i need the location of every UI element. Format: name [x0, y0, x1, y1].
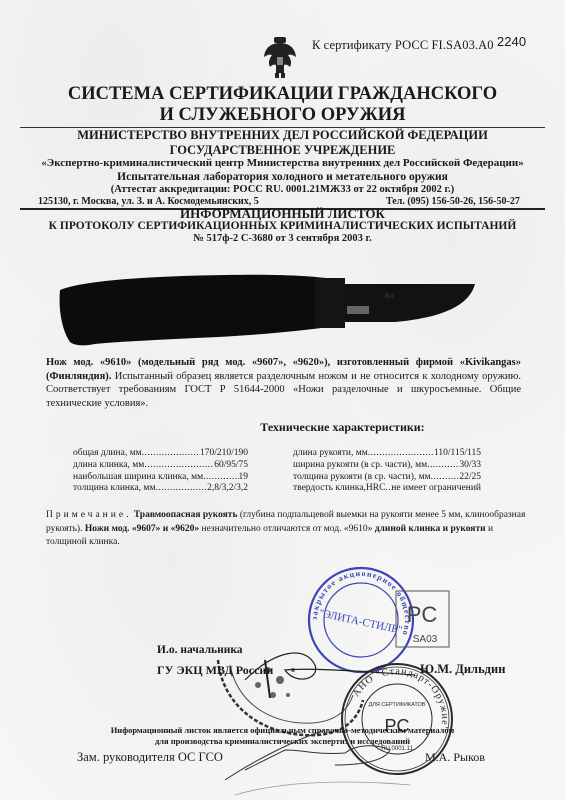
signatory-1-title: И.о. начальника: [157, 644, 243, 656]
spec-value: не имеет ограничений: [391, 483, 481, 495]
signatory-2-title: Зам. руководителя ОС ГСО: [77, 750, 223, 765]
certificate-reference: К сертификату РОСС FI.SA03.A0 2240: [312, 37, 526, 53]
spec-value: 30/33: [459, 460, 481, 472]
note-header: Примечание.: [46, 510, 131, 520]
spec-value: 60/95/75: [214, 460, 248, 472]
note-emphasis: Ножи мод. «9607» и «9620»: [85, 524, 199, 534]
disclaimer-line2: для производства криминалистических эксп…: [60, 736, 505, 747]
spec-row: наибольшая ширина клинка, мм19: [73, 472, 248, 484]
spec-value: 170/210/190: [200, 448, 248, 460]
spec-value: 110/115/115: [434, 448, 481, 460]
certificate-prefix: К сертификату РОСС FI.SA03.A0: [312, 38, 494, 52]
spec-row: ширина рукояти (в ср. части), мм30/33: [293, 460, 481, 472]
spec-row: толщина рукояти (в ср. части), мм22/25: [293, 472, 481, 484]
signatory-1-name: Ю.М. Дильдин: [420, 662, 505, 677]
note-text: незначительно отличаются от мод. «9610»: [199, 524, 375, 534]
specs-title: Технические характеристики:: [120, 420, 565, 435]
spec-label: толщина рукояти (в ср. части), мм: [293, 472, 431, 484]
spec-label: длина рукояти, мм: [293, 448, 368, 460]
spec-label: ширина рукояти (в ср. части), мм: [293, 460, 427, 472]
spec-value: 22/25: [459, 472, 481, 484]
note-emphasis: длиной клинка и рукояти: [375, 524, 486, 534]
spec-label: общая длина, мм: [73, 448, 142, 460]
product-description: Нож мод. «9610» (модельный ряд мод. «960…: [46, 356, 521, 410]
knife-photo: Ku: [55, 262, 480, 347]
spec-row: твердость клинка,HRC не имеет ограничени…: [293, 483, 481, 495]
coat-of-arms-icon: [262, 35, 298, 79]
svg-text:Ku: Ku: [385, 292, 394, 300]
spec-label: наибольшая ширина клинка, мм: [73, 472, 203, 484]
spec-row: общая длина, мм170/210/190: [73, 448, 248, 460]
spec-row: длина рукояти, мм110/115/115: [293, 448, 481, 460]
disclaimer-line1: Информационный листок является официальн…: [60, 725, 505, 736]
spec-label: толщина клинка, мм: [73, 483, 155, 495]
signatory-2-name: М.А. Рыков: [425, 750, 485, 765]
note-emphasis: Травмоопасная рукоять: [131, 510, 237, 520]
accreditation: (Аттестат аккредитации: РОСС RU. 0001.21…: [0, 184, 565, 195]
spec-label: твердость клинка,HRC: [293, 483, 385, 495]
system-title-line1: СИСТЕМА СЕРТИФИКАЦИИ ГРАЖДАНСКОГО: [0, 84, 565, 105]
certificate-number: 2240: [497, 34, 526, 49]
center-name: «Экспертно-криминалистический центр Мини…: [10, 157, 555, 169]
signatory-1-organization: ГУ ЭКЦ МВД России: [157, 663, 273, 678]
note: Примечание. Травмоопасная рукоять (глуби…: [46, 509, 526, 550]
institution-type: ГОСУДАРСТВЕННОЕ УЧРЕЖДЕНИЕ: [0, 143, 565, 158]
disclaimer: Информационный листок является официальн…: [60, 725, 505, 747]
laboratory-name: Испытательная лаборатория холодного и ме…: [0, 171, 565, 183]
description-conclusion: Испытанный образец является разделочным …: [46, 371, 521, 409]
system-title: СИСТЕМА СЕРТИФИКАЦИИ ГРАЖДАНСКОГО И СЛУЖ…: [0, 84, 565, 126]
spec-row: длина клинка, мм60/95/75: [73, 460, 248, 472]
document-subtitle: К ПРОТОКОЛУ СЕРТИФИКАЦИОННЫХ КРИМИНАЛИСТ…: [0, 220, 565, 232]
ministry-name: МИНИСТЕРСТВО ВНУТРЕННИХ ДЕЛ РОССИЙСКОЙ Ф…: [0, 128, 565, 142]
spec-label: длина клинка, мм: [73, 460, 144, 472]
spec-row: толщина клинка, мм2,8/3,2/3,2: [73, 483, 248, 495]
protocol-number: № 517ф-2 С-3680 от 3 сентября 2003 г.: [0, 233, 565, 244]
specs-left-column: общая длина, мм170/210/190 длина клинка,…: [73, 448, 248, 495]
spec-value: 2,8/3,2/3,2: [207, 483, 248, 495]
system-title-line2: И СЛУЖЕБНОГО ОРУЖИЯ: [0, 105, 565, 126]
specs-right-column: длина рукояти, мм110/115/115 ширина руко…: [293, 448, 481, 495]
spec-value: 19: [239, 472, 249, 484]
